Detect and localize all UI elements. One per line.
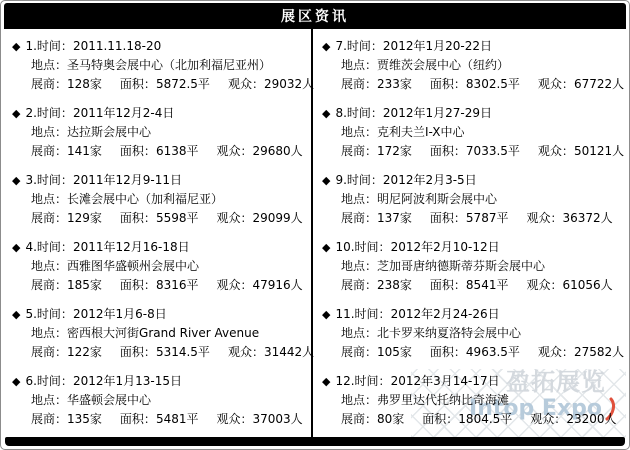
location-label: 地点：: [341, 58, 377, 72]
exhibitors-label: 展商：: [341, 211, 377, 225]
exhibition-entry: ◆4.时间：2011年12月16-18日 地点：西雅图华盛顿州会展中心 展商：1…: [12, 238, 311, 295]
area-stat: 面积：5872.5平: [120, 77, 210, 91]
exhibitors-label: 展商：: [341, 77, 377, 91]
visitors-label: 观众：: [216, 211, 252, 225]
location-value: 弗罗里达代托纳比奇海滩: [377, 393, 509, 407]
exhibitors-stat: 展商：137家: [341, 211, 412, 225]
entry-time-line: ◆10.时间：2012年2月10-12日: [322, 238, 626, 257]
visitors-stat: 观众：47916人: [216, 278, 302, 292]
visitors-label: 观众：: [538, 345, 574, 359]
visitors-stat: 观众：29680人: [216, 144, 302, 158]
visitors-label: 观众：: [216, 278, 252, 292]
visitors-label: 观众：: [538, 77, 574, 91]
time-label: 时间：: [37, 374, 73, 388]
area-label: 面积：: [120, 278, 156, 292]
exhibitors-label: 展商：: [341, 345, 377, 359]
exhibitors-stat: 展商：185家: [31, 278, 102, 292]
entry-location-line: 地点：贾维茨会展中心（纽约）: [322, 56, 626, 75]
entry-stats-line: 展商：137家面积：5787平观众：36372人: [322, 209, 626, 228]
entry-number: 2.: [25, 106, 36, 120]
time-label: 时间：: [355, 307, 391, 321]
exhibitors-value: 172家: [377, 144, 412, 158]
visitors-label: 观众：: [216, 412, 252, 426]
panel-header: 展区资讯: [4, 3, 626, 29]
entry-number: 9.: [335, 173, 346, 187]
area-stat: 面积：8302.5平: [430, 77, 520, 91]
area-value: 8302.5平: [466, 77, 520, 91]
diamond-bullet-icon: ◆: [322, 174, 330, 187]
diamond-bullet-icon: ◆: [12, 174, 20, 187]
entry-number: 12.: [335, 374, 354, 388]
time-value: 2012年2月24-26日: [391, 307, 500, 321]
entry-number: 5.: [25, 307, 36, 321]
exhibitors-stat: 展商：135家: [31, 412, 102, 426]
entry-stats-line: 展商：122家面积：5314.5平观众：31442人: [12, 343, 311, 362]
location-value: 圣马特奥会展中心（北加利福尼亚州）: [67, 58, 271, 72]
exhibition-info-panel: 展区资讯 盈拓展览 Intop Expo ◆1.时间：2011.11.18-20…: [0, 0, 630, 450]
area-label: 面积：: [430, 278, 466, 292]
entry-location-line: 地点：密西根大河街Grand River Avenue: [12, 324, 311, 343]
entry-location-line: 地点：芝加哥唐纳德斯蒂芬斯会展中心: [322, 257, 626, 276]
time-label: 时间：: [347, 173, 383, 187]
time-value: 2011年12月9-11日: [73, 173, 182, 187]
entry-stats-line: 展商：135家面积：5481平观众：37003人: [12, 410, 311, 429]
exhibitors-stat: 展商：105家: [341, 345, 412, 359]
entry-stats-line: 展商：80家面积：1804.5平观众：23200人: [322, 410, 626, 429]
entry-time-line: ◆2.时间：2011年12月2-4日: [12, 104, 311, 123]
area-value: 6138平: [156, 144, 199, 158]
exhibitors-label: 展商：: [31, 211, 67, 225]
entry-stats-line: 展商：172家面积：7033.5平观众：50121人: [322, 142, 626, 161]
entry-time-line: ◆12.时间：2012年3月14-17日: [322, 372, 626, 391]
location-label: 地点：: [31, 259, 67, 273]
exhibition-entry: ◆12.时间：2012年3月14-17日 地点：弗罗里达代托纳比奇海滩 展商：8…: [322, 372, 626, 429]
area-label: 面积：: [430, 345, 466, 359]
entry-number: 11.: [335, 307, 354, 321]
footer-bar: [5, 437, 625, 446]
exhibition-entry: ◆5.时间：2012年1月6-8日 地点：密西根大河街Grand River A…: [12, 305, 311, 362]
area-stat: 面积：8541平: [430, 278, 509, 292]
area-value: 7033.5平: [466, 144, 520, 158]
time-value: 2011.11.18-20: [73, 39, 161, 53]
entry-location-line: 地点：西雅图华盛顿州会展中心: [12, 257, 311, 276]
location-label: 地点：: [341, 125, 377, 139]
entry-number: 4.: [25, 240, 36, 254]
panel-content: 盈拓展览 Intop Expo ◆1.时间：2011.11.18-20 地点：圣…: [4, 29, 626, 437]
exhibitors-label: 展商：: [341, 412, 377, 426]
location-value: 长滩会展中心（加利福尼亚）: [67, 192, 223, 206]
time-value: 2011年12月2-4日: [73, 106, 174, 120]
location-value: 达拉斯会展中心: [67, 125, 151, 139]
exhibition-entry: ◆10.时间：2012年2月10-12日 地点：芝加哥唐纳德斯蒂芬斯会展中心 展…: [322, 238, 626, 295]
time-label: 时间：: [37, 240, 73, 254]
entry-stats-line: 展商：238家面积：8541平观众：61056人: [322, 276, 626, 295]
area-label: 面积：: [120, 412, 156, 426]
visitors-value: 36372人: [562, 211, 612, 225]
exhibition-entry: ◆2.时间：2011年12月2-4日 地点：达拉斯会展中心 展商：141家面积：…: [12, 104, 311, 161]
exhibitors-value: 135家: [67, 412, 102, 426]
area-stat: 面积：6138平: [120, 144, 199, 158]
time-label: 时间：: [37, 106, 73, 120]
visitors-label: 观众：: [526, 278, 562, 292]
entry-location-line: 地点：弗罗里达代托纳比奇海滩: [322, 391, 626, 410]
entry-stats-line: 展商：233家面积：8302.5平观众：67722人: [322, 75, 626, 94]
exhibition-entry: ◆7.时间：2012年1月20-22日 地点：贾维茨会展中心（纽约） 展商：23…: [322, 37, 626, 94]
exhibitors-stat: 展商：128家: [31, 77, 102, 91]
exhibitors-value: 238家: [377, 278, 412, 292]
exhibition-entry: ◆11.时间：2012年2月24-26日 地点：北卡罗来纳夏洛特会展中心 展商：…: [322, 305, 626, 362]
exhibitors-value: 137家: [377, 211, 412, 225]
location-value: 芝加哥唐纳德斯蒂芬斯会展中心: [377, 259, 545, 273]
time-value: 2012年2月10-12日: [391, 240, 500, 254]
exhibitors-value: 141家: [67, 144, 102, 158]
visitors-stat: 观众：61056人: [526, 278, 612, 292]
entry-stats-line: 展商：128家面积：5872.5平观众：29032人: [12, 75, 311, 94]
visitors-value: 47916人: [253, 278, 303, 292]
entry-time-line: ◆1.时间：2011.11.18-20: [12, 37, 311, 56]
exhibitors-value: 185家: [67, 278, 102, 292]
diamond-bullet-icon: ◆: [12, 308, 20, 321]
exhibitors-label: 展商：: [31, 144, 67, 158]
area-label: 面积：: [422, 412, 458, 426]
left-column: ◆1.时间：2011.11.18-20 地点：圣马特奥会展中心（北加利福尼亚州）…: [4, 29, 311, 437]
visitors-label: 观众：: [538, 144, 574, 158]
entry-location-line: 地点：长滩会展中心（加利福尼亚）: [12, 190, 311, 209]
area-value: 5481平: [156, 412, 199, 426]
exhibitors-value: 122家: [67, 345, 102, 359]
diamond-bullet-icon: ◆: [322, 308, 330, 321]
entry-location-line: 地点：克利夫兰I-X中心: [322, 123, 626, 142]
exhibitors-value: 105家: [377, 345, 412, 359]
location-label: 地点：: [341, 259, 377, 273]
area-stat: 面积：8316平: [120, 278, 199, 292]
diamond-bullet-icon: ◆: [12, 375, 20, 388]
time-value: 2011年12月16-18日: [73, 240, 190, 254]
exhibition-entry: ◆9.时间：2012年2月3-5日 地点：明尼阿波利斯会展中心 展商：137家面…: [322, 171, 626, 228]
visitors-stat: 观众：31442人: [228, 345, 314, 359]
area-value: 5787平: [466, 211, 509, 225]
visitors-stat: 观众：67722人: [538, 77, 624, 91]
visitors-stat: 观众：50121人: [538, 144, 624, 158]
diamond-bullet-icon: ◆: [322, 40, 330, 53]
area-stat: 面积：5598平: [120, 211, 199, 225]
area-label: 面积：: [120, 77, 156, 91]
time-value: 2012年1月27-29日: [383, 106, 492, 120]
location-value: 北卡罗来纳夏洛特会展中心: [377, 326, 521, 340]
visitors-stat: 观众：36372人: [526, 211, 612, 225]
visitors-stat: 观众：29099人: [216, 211, 302, 225]
entry-location-line: 地点：达拉斯会展中心: [12, 123, 311, 142]
exhibitors-stat: 展商：80家: [341, 412, 404, 426]
exhibition-entry: ◆8.时间：2012年1月27-29日 地点：克利夫兰I-X中心 展商：172家…: [322, 104, 626, 161]
diamond-bullet-icon: ◆: [322, 107, 330, 120]
diamond-bullet-icon: ◆: [12, 40, 20, 53]
location-value: 克利夫兰I-X中心: [377, 125, 465, 139]
exhibitors-value: 233家: [377, 77, 412, 91]
exhibitors-stat: 展商：238家: [341, 278, 412, 292]
entry-time-line: ◆7.时间：2012年1月20-22日: [322, 37, 626, 56]
time-value: 2012年3月14-17日: [391, 374, 500, 388]
visitors-label: 观众：: [530, 412, 566, 426]
entry-stats-line: 展商：105家面积：4963.5平观众：27582人: [322, 343, 626, 362]
area-stat: 面积：5787平: [430, 211, 509, 225]
entry-location-line: 地点：北卡罗来纳夏洛特会展中心: [322, 324, 626, 343]
entry-time-line: ◆9.时间：2012年2月3-5日: [322, 171, 626, 190]
time-label: 时间：: [37, 173, 73, 187]
location-value: 明尼阿波利斯会展中心: [377, 192, 497, 206]
entry-time-line: ◆3.时间：2011年12月9-11日: [12, 171, 311, 190]
exhibitors-stat: 展商：233家: [341, 77, 412, 91]
area-value: 4963.5平: [466, 345, 520, 359]
exhibitors-value: 128家: [67, 77, 102, 91]
visitors-value: 61056人: [562, 278, 612, 292]
area-label: 面积：: [120, 144, 156, 158]
exhibitors-stat: 展商：172家: [341, 144, 412, 158]
exhibitors-value: 80家: [377, 412, 404, 426]
entry-time-line: ◆8.时间：2012年1月27-29日: [322, 104, 626, 123]
entry-time-line: ◆4.时间：2011年12月16-18日: [12, 238, 311, 257]
area-value: 5598平: [156, 211, 199, 225]
entry-number: 7.: [335, 39, 346, 53]
location-label: 地点：: [341, 192, 377, 206]
area-stat: 面积：5481平: [120, 412, 199, 426]
exhibitors-stat: 展商：141家: [31, 144, 102, 158]
diamond-bullet-icon: ◆: [322, 375, 330, 388]
area-label: 面积：: [120, 345, 156, 359]
diamond-bullet-icon: ◆: [12, 241, 20, 254]
area-value: 5872.5平: [156, 77, 210, 91]
entry-location-line: 地点：圣马特奥会展中心（北加利福尼亚州）: [12, 56, 311, 75]
area-stat: 面积：7033.5平: [430, 144, 520, 158]
area-label: 面积：: [430, 77, 466, 91]
entry-time-line: ◆6.时间：2012年1月13-15日: [12, 372, 311, 391]
location-value: 西雅图华盛顿州会展中心: [67, 259, 199, 273]
area-value: 5314.5平: [156, 345, 210, 359]
area-stat: 面积：1804.5平: [422, 412, 512, 426]
exhibition-entry: ◆6.时间：2012年1月13-15日 地点：华盛顿会展中心 展商：135家面积…: [12, 372, 311, 429]
location-label: 地点：: [31, 326, 67, 340]
exhibitors-label: 展商：: [341, 144, 377, 158]
visitors-value: 29099人: [253, 211, 303, 225]
area-value: 8541平: [466, 278, 509, 292]
area-value: 8316平: [156, 278, 199, 292]
visitors-value: 31442人: [264, 345, 314, 359]
exhibitors-label: 展商：: [31, 345, 67, 359]
area-value: 1804.5平: [458, 412, 512, 426]
entry-number: 1.: [25, 39, 36, 53]
visitors-value: 27582人: [574, 345, 624, 359]
entry-time-line: ◆11.时间：2012年2月24-26日: [322, 305, 626, 324]
time-label: 时间：: [37, 307, 73, 321]
time-value: 2012年1月13-15日: [73, 374, 182, 388]
entry-stats-line: 展商：141家面积：6138平观众：29680人: [12, 142, 311, 161]
location-label: 地点：: [31, 125, 67, 139]
diamond-bullet-icon: ◆: [12, 107, 20, 120]
visitors-value: 50121人: [574, 144, 624, 158]
panel-title: 展区资讯: [281, 6, 349, 26]
location-value: 贾维茨会展中心（纽约）: [377, 58, 509, 72]
visitors-stat: 观众：23200人: [530, 412, 616, 426]
exhibitors-label: 展商：: [31, 412, 67, 426]
visitors-label: 观众：: [228, 77, 264, 91]
exhibitors-value: 129家: [67, 211, 102, 225]
exhibitors-label: 展商：: [341, 278, 377, 292]
exhibitors-stat: 展商：122家: [31, 345, 102, 359]
visitors-value: 67722人: [574, 77, 624, 91]
time-value: 2012年1月20-22日: [383, 39, 492, 53]
location-value: 华盛顿会展中心: [67, 393, 151, 407]
entry-time-line: ◆5.时间：2012年1月6-8日: [12, 305, 311, 324]
area-label: 面积：: [120, 211, 156, 225]
location-label: 地点：: [31, 58, 67, 72]
entry-number: 10.: [335, 240, 354, 254]
visitors-stat: 观众：29032人: [228, 77, 314, 91]
area-label: 面积：: [430, 144, 466, 158]
exhibitors-stat: 展商：129家: [31, 211, 102, 225]
entry-number: 8.: [335, 106, 346, 120]
location-value: 密西根大河街Grand River Avenue: [67, 326, 259, 340]
time-value: 2012年2月3-5日: [383, 173, 477, 187]
location-label: 地点：: [31, 393, 67, 407]
location-label: 地点：: [31, 192, 67, 206]
time-label: 时间：: [347, 106, 383, 120]
location-label: 地点：: [341, 326, 377, 340]
area-stat: 面积：5314.5平: [120, 345, 210, 359]
entry-stats-line: 展商：129家面积：5598平观众：29099人: [12, 209, 311, 228]
location-label: 地点：: [341, 393, 377, 407]
visitors-stat: 观众：27582人: [538, 345, 624, 359]
time-label: 时间：: [37, 39, 73, 53]
entry-location-line: 地点：华盛顿会展中心: [12, 391, 311, 410]
exhibition-entry: ◆1.时间：2011.11.18-20 地点：圣马特奥会展中心（北加利福尼亚州）…: [12, 37, 311, 94]
visitors-label: 观众：: [526, 211, 562, 225]
exhibitors-label: 展商：: [31, 278, 67, 292]
time-label: 时间：: [355, 240, 391, 254]
visitors-value: 23200人: [566, 412, 616, 426]
area-label: 面积：: [430, 211, 466, 225]
time-label: 时间：: [355, 374, 391, 388]
time-label: 时间：: [347, 39, 383, 53]
exhibition-entry: ◆3.时间：2011年12月9-11日 地点：长滩会展中心（加利福尼亚） 展商：…: [12, 171, 311, 228]
visitors-value: 29680人: [253, 144, 303, 158]
diamond-bullet-icon: ◆: [322, 241, 330, 254]
entry-stats-line: 展商：185家面积：8316平观众：47916人: [12, 276, 311, 295]
entry-location-line: 地点：明尼阿波利斯会展中心: [322, 190, 626, 209]
visitors-label: 观众：: [228, 345, 264, 359]
entry-number: 3.: [25, 173, 36, 187]
right-column: ◆7.时间：2012年1月20-22日 地点：贾维茨会展中心（纽约） 展商：23…: [313, 29, 626, 437]
visitors-label: 观众：: [216, 144, 252, 158]
visitors-value: 37003人: [253, 412, 303, 426]
area-stat: 面积：4963.5平: [430, 345, 520, 359]
visitors-stat: 观众：37003人: [216, 412, 302, 426]
visitors-value: 29032人: [264, 77, 314, 91]
entry-number: 6.: [25, 374, 36, 388]
time-value: 2012年1月6-8日: [73, 307, 167, 321]
exhibitors-label: 展商：: [31, 77, 67, 91]
